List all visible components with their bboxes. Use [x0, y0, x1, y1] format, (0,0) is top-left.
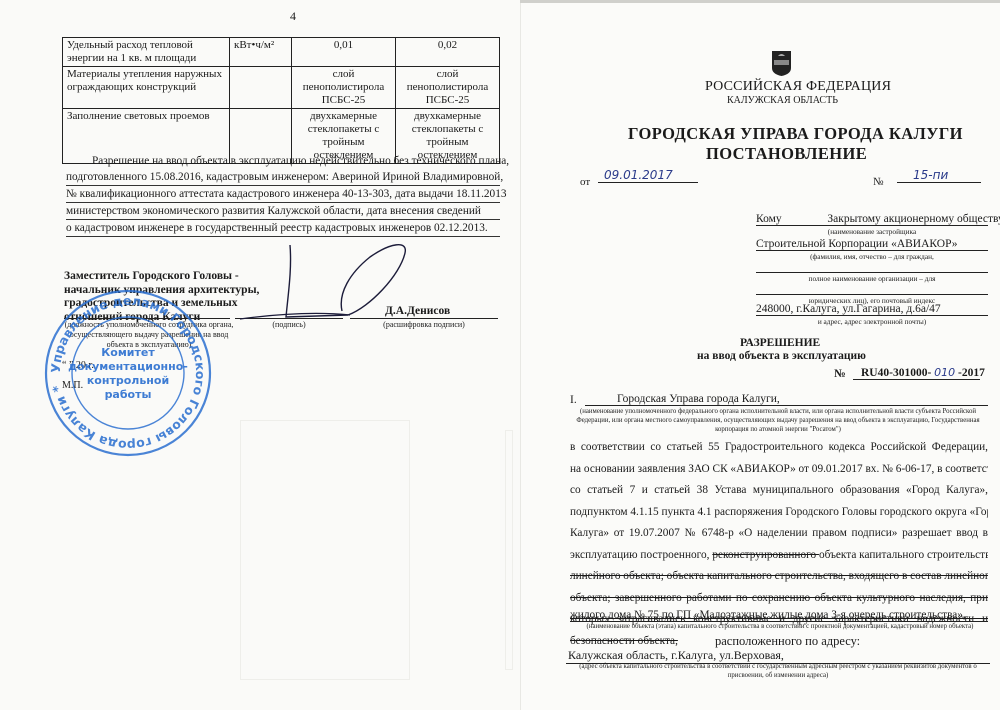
permit-title: РАЗРЕШЕНИЕ	[740, 337, 820, 349]
technical-plan-notice: Разрешение на ввод объекта в эксплуатаци…	[66, 153, 500, 237]
notice-line: Разрешение на ввод объекта в эксплуатаци…	[66, 153, 500, 169]
object-name-caption: (наименование объекта (этапа) капитально…	[570, 623, 990, 630]
document-type-heading: ПОСТАНОВЛЕНИЕ	[706, 144, 867, 164]
notice-line: министерством экономического развития Ка…	[66, 203, 500, 220]
page-number: 4	[290, 9, 296, 24]
resolution-number: 15-пи	[897, 168, 981, 183]
location-label: расположенного по адресу:	[715, 634, 860, 649]
parameter-cell: Удельный расход тепловой энергии на 1 кв…	[63, 38, 230, 67]
authority-heading: ГОРОДСКАЯ УПРАВА ГОРОДА КАЛУГИ	[628, 124, 963, 144]
document-spread: 4 Удельный расход тепловой энергии на 1 …	[0, 0, 1000, 710]
issuing-authority-caption: (наименование уполномоченного федерально…	[568, 407, 988, 434]
resolution-date: 09.01.2017	[598, 168, 698, 183]
body-line: на основании заявления ЗАО СК «АВИАКОР» …	[570, 459, 988, 481]
bleed-through-table	[240, 420, 410, 680]
recipient-caption: и адрес, адрес электронной почты)	[756, 317, 988, 327]
country-heading: РОССИЙСКАЯ ФЕДЕРАЦИЯ	[705, 79, 891, 95]
recipient-label: Кому	[756, 213, 782, 225]
page-edge-shadow	[520, 0, 1000, 3]
recipient-address: 248000, г.Калуга, ул.Гагарина, д.6а/47 и…	[756, 303, 988, 327]
permit-subtitle: на ввод объекта в эксплуатацию	[697, 350, 866, 362]
body-line: подпунктом 4.1.15 пункта 4.1 распоряжени…	[570, 502, 988, 524]
notice-line: № квалификационного аттестата кадастрово…	[66, 186, 500, 203]
coat-of-arms-emblem	[771, 50, 792, 77]
body-line: в соответствии со статьей 55 Градостроит…	[570, 437, 988, 459]
table-row: Удельный расход тепловой энергии на 1 кв…	[63, 38, 500, 67]
handwritten-signature	[230, 235, 420, 335]
svg-text:документационно-: документационно-	[68, 360, 188, 373]
issuing-authority: Городская Управа города Калуги,	[585, 393, 988, 406]
table-row: Материалы утепления наружных ограждающих…	[63, 67, 500, 109]
permit-number-suffix: -2017	[958, 367, 985, 379]
recipient-name-line: Строительной Корпорации «АВИАКОР»	[756, 238, 988, 251]
actual-value-cell: 0,02	[396, 38, 500, 67]
struck-line: объекта; завершенного работами по сохран…	[570, 588, 988, 610]
svg-text:работы: работы	[105, 388, 152, 401]
permit-number-prefix: RU40-301000-	[861, 367, 931, 379]
notice-line: подготовленного 15.08.2016, кадастровым …	[66, 169, 500, 186]
body-text-fragment: объекта капитального строительства;	[819, 549, 988, 561]
bleed-through-table	[505, 430, 513, 670]
unit-cell	[230, 67, 292, 109]
recipient-caption: (наименование застройщика	[756, 227, 988, 237]
recipient-blank-line	[756, 280, 988, 295]
date-label: от	[580, 176, 590, 188]
actual-value-cell: слой пенополистирола ПСБС-25	[396, 67, 500, 109]
object-address-caption: (адрес объекта капитального строительств…	[566, 662, 990, 680]
body-text-fragment: эксплуатацию построенного,	[570, 549, 712, 561]
recipient-address-line: 248000, г.Калуга, ул.Гагарина, д.6а/47	[756, 303, 988, 316]
svg-text:контрольной: контрольной	[87, 374, 169, 387]
permit-number-label: №	[834, 368, 846, 380]
official-stamp: Управление делами Городского Головы горо…	[38, 288, 218, 458]
svg-text:Комитет: Комитет	[101, 346, 155, 359]
planned-value-cell: 0,01	[292, 38, 396, 67]
planned-value-cell: слой пенополистирола ПСБС-25	[292, 67, 396, 109]
struck-line: линейного объекта; объекта капитального …	[570, 566, 988, 588]
parameter-cell: Материалы утепления наружных ограждающих…	[63, 67, 230, 109]
recipient-value: Кому Закрытому акционерному обществу	[756, 213, 988, 226]
number-label: №	[873, 176, 884, 188]
recipient-name-line: Закрытому акционерному обществу	[827, 213, 1000, 225]
spec-table: Удельный расход тепловой энергии на 1 кв…	[62, 37, 500, 164]
object-name: жилого дома № 75 по ГП «Малоэтажные жилы…	[570, 609, 988, 622]
permit-number: RU40-301000- 010 -2017	[853, 366, 980, 380]
recipient-blank-line	[756, 258, 988, 273]
struck-text-fragment: реконструированного	[712, 549, 819, 561]
body-line: Калуга» от 19.07.2007 № 6748-р «О наделе…	[570, 523, 988, 545]
section-number: I.	[570, 394, 577, 406]
recipient-line-1: Кому Закрытому акционерному обществу (на…	[756, 213, 988, 237]
body-line: эксплуатацию построенного, реконструиров…	[570, 545, 988, 567]
unit-cell: кВт•ч/м²	[230, 38, 292, 67]
permit-number-handwritten: 010	[934, 366, 955, 379]
body-line: со статьей 7 и статьей 38 Устава муницип…	[570, 480, 988, 502]
region-heading: КАЛУЖСКАЯ ОБЛАСТЬ	[727, 95, 838, 106]
